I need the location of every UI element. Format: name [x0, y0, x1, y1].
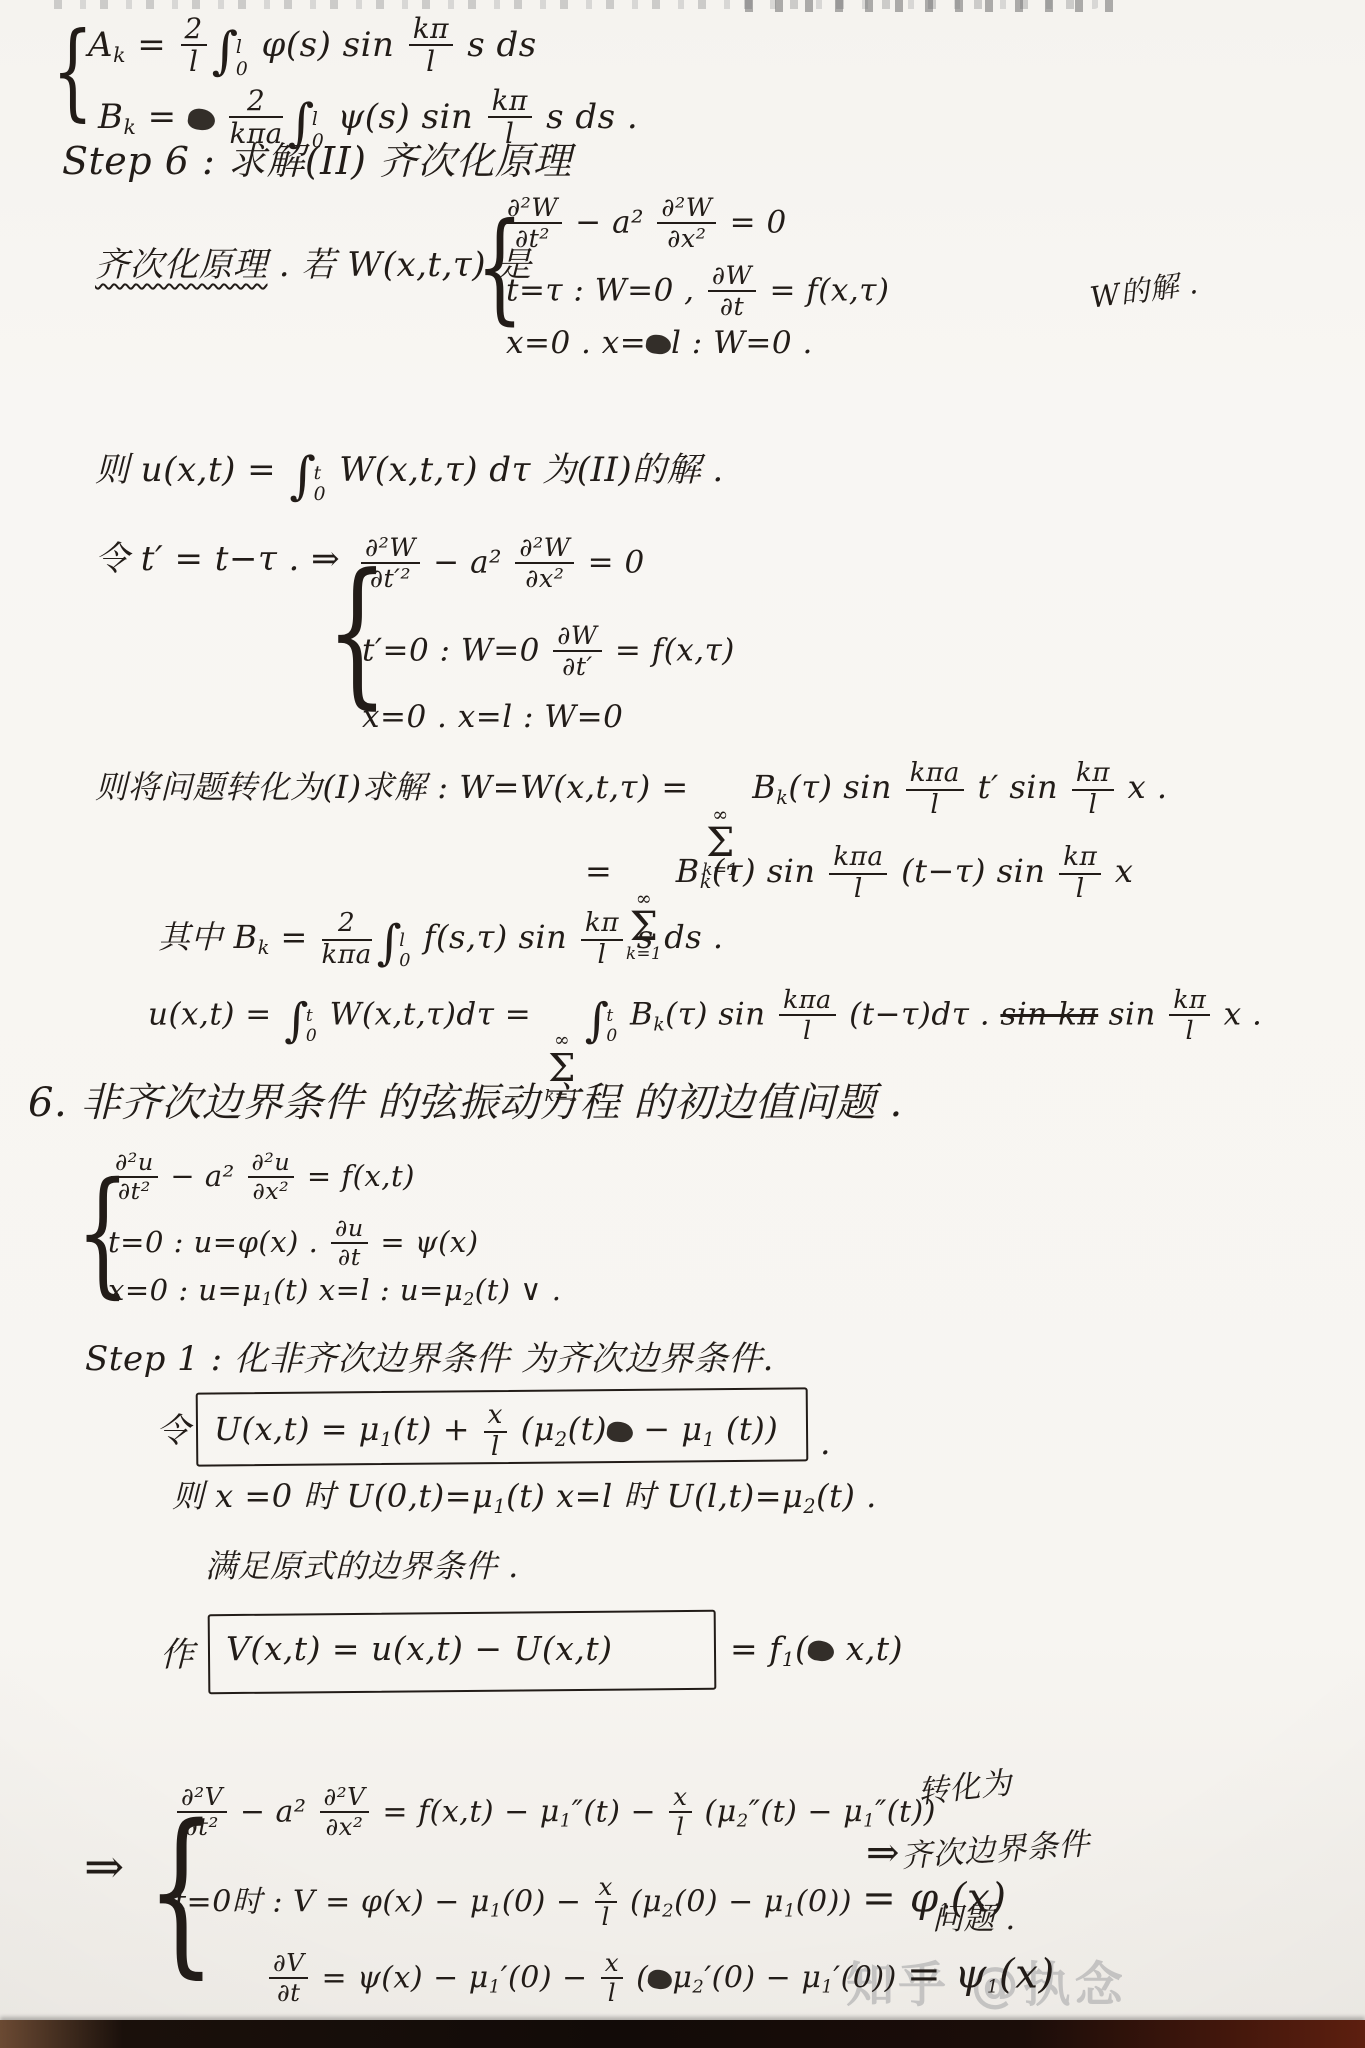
margin-arrow: ⇒: [866, 1830, 900, 1876]
desk-edge: [0, 2020, 1365, 2048]
sysW2-bc: x=0 . x=l : W=0: [362, 700, 623, 736]
u-integral-line: 则 u(x,t) = ∫t0 W(x,t,τ) dτ 为(II)的解 .: [95, 448, 724, 507]
homogenization-principle: 齐次化原理 . 若 W(x,t,τ) 是: [95, 246, 532, 285]
sys6-eq: ∂²u∂t² − a² ∂²u∂x² = f(x,t): [108, 1150, 415, 1204]
brace-sec6-system: {: [76, 1146, 130, 1320]
handwritten-notes-page: 知乎 @执念 Ak = 2l∫l0 φ(s) sin kπl s dsBk = …: [0, 0, 1365, 2048]
brace-topsystem: {: [52, 4, 93, 138]
step1-heading: Step 1 : 化非齐次边界条件 为齐次边界条件.: [85, 1340, 774, 1379]
sysV-ic1: t=0时 : V = φ(x) − μ1(0) − xl (μ2(0) − μ1…: [174, 1874, 1007, 1930]
step6-heading: Step 6 : 求解(II) 齐次化原理: [62, 140, 572, 184]
implies-arrow: ⇒: [84, 1840, 125, 1895]
sysW-bc: x=0 . x=l : W=0 .: [506, 326, 813, 362]
make-V: 作: [160, 1636, 195, 1675]
brace-V-system: {: [146, 1778, 216, 2006]
sysV-eq: ∂²V∂t² − a² ∂²V∂x² = f(x,t) − μ1″(t) − x…: [174, 1784, 936, 1840]
sysW-ic: t=τ : W=0 , ∂W∂t = f(x,τ): [506, 262, 889, 319]
sysW2-eq: ∂²W∂t′² − a² ∂²W∂x² = 0: [358, 534, 645, 591]
Bk-formula: 其中 Bk = 2kπa∫l0 f(s,τ) sin kπl s ds .: [158, 910, 724, 971]
sys6-ic: t=0 : u=φ(x) . ∂u∂t = ψ(x): [108, 1216, 479, 1270]
scan-artifact-top-dark: [735, 0, 1135, 12]
margin-note-1: 转化为: [916, 1766, 1014, 1811]
V-def-rhs: = f1( x,t): [730, 1630, 903, 1672]
brace-W-system: {: [476, 190, 523, 344]
brace-W2-system: {: [326, 532, 388, 734]
U-def-period: .: [820, 1424, 831, 1462]
scan-artifact-top: [40, 0, 1100, 9]
eq-Ak: Ak = 2l∫l0 φ(s) sin kπl s ds: [88, 14, 537, 81]
substitution-line: 令 t′ = t−τ . ⇒: [95, 540, 340, 579]
sysW2-ic: t′=0 : W=0 ∂W∂t′ = f(x,τ): [362, 622, 735, 679]
check-bc: 则 x =0 时 U(0,t)=μ1(t) x=l 时 U(l,t)=μ2(t)…: [172, 1478, 877, 1518]
satisfies-bc: 满足原式的边界条件 .: [205, 1548, 519, 1585]
section6-title: 6. 非齐次边界条件 的弦振动方程 的初边值问题 .: [28, 1080, 903, 1126]
sysW-eq: ∂²W∂t² − a² ∂²W∂x² = 0: [500, 194, 787, 251]
emphasis-box-U: [196, 1387, 809, 1466]
sys6-bc: x=0 : u=μ1(t) x=l : u=μ2(t) ∨ .: [108, 1274, 561, 1310]
emphasis-box-V: [208, 1610, 717, 1694]
let-U: 令: [156, 1412, 191, 1451]
margin-note-3: 问题 .: [932, 1902, 1016, 1938]
note-W-solution: W的解 .: [1088, 267, 1200, 315]
sysV-ic2: ∂V∂t = ψ(x) − μ1′(0) − xl (μ2′(0) − μ1′(…: [266, 1950, 1055, 2006]
